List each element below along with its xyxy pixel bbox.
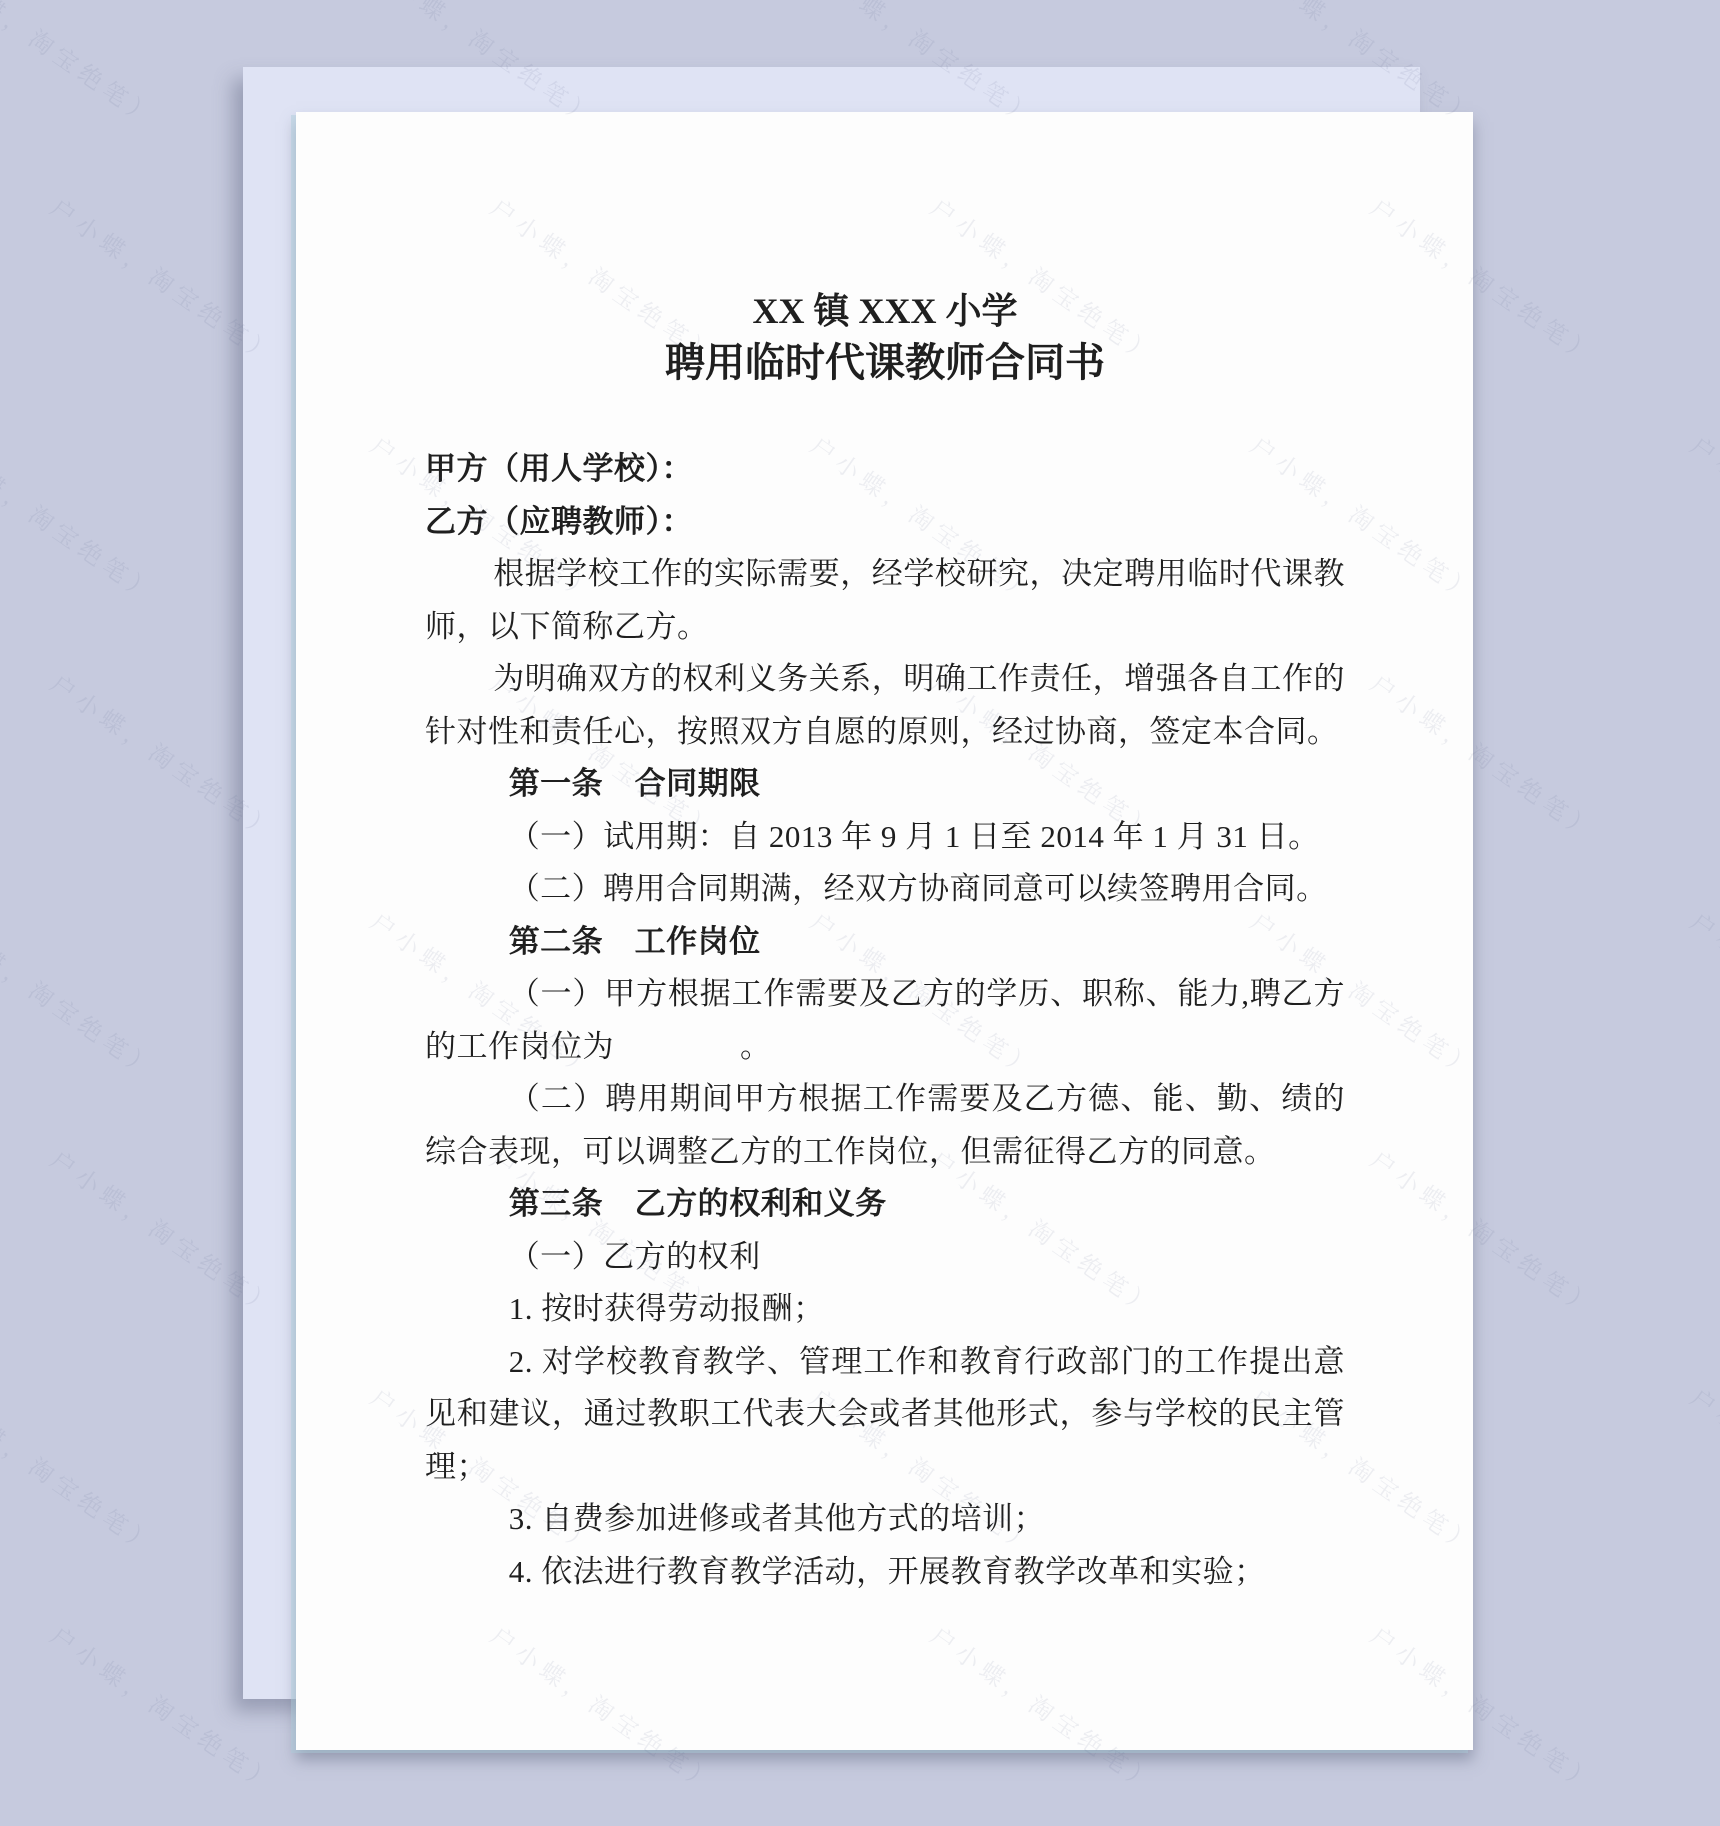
watermark-text: 户小蝶，淘宝绝笔） (1684, 1379, 1720, 1563)
paragraph: （一）乙方的权利 (425, 1231, 1345, 1284)
contract-page: XX 镇 XXX 小学 聘用临时代课教师合同书 甲方（用人学校）：乙方（应聘教师… (296, 112, 1473, 1750)
document-title-school: XX 镇 XXX 小学 (425, 287, 1345, 335)
paragraph: 3. 自费参加进修或者其他方式的培训； (425, 1493, 1345, 1546)
paragraph: （一）甲方根据工作需要及乙方的学历、职称、能力,聘乙方的工作岗位为 。 (425, 968, 1345, 1073)
document-title-contract: 聘用临时代课教师合同书 (425, 335, 1345, 391)
paragraph: （二）聘用合同期满，经双方协商同意可以续签聘用合同。 (425, 863, 1345, 916)
watermark-text: 户小蝶，淘宝绝笔） (0, 0, 166, 134)
watermark-text: 户小蝶，淘宝绝笔） (0, 427, 166, 611)
watermark-text: 户小蝶，淘宝绝笔） (0, 903, 166, 1087)
paragraph: 为明确双方的权利义务关系，明确工作责任，增强各自工作的针对性和责任心，按照双方自… (425, 653, 1345, 758)
document-paragraphs: 甲方（用人学校）：乙方（应聘教师）：根据学校工作的实际需要，经学校研究，决定聘用… (425, 443, 1345, 1598)
paragraph: 乙方（应聘教师）： (425, 496, 1345, 549)
paragraph: 根据学校工作的实际需要，经学校研究，决定聘用临时代课教师，以下简称乙方。 (425, 548, 1345, 653)
paragraph: 第三条 乙方的权利和义务 (425, 1178, 1345, 1231)
paragraph: 2. 对学校教育教学、管理工作和教育行政部门的工作提出意见和建议，通过教职工代表… (425, 1336, 1345, 1494)
watermark-text: 户小蝶，淘宝绝笔） (1684, 0, 1720, 134)
watermark-text: 户小蝶，淘宝绝笔） (1684, 903, 1720, 1087)
desk-background: XX 镇 XXX 小学 聘用临时代课教师合同书 甲方（用人学校）：乙方（应聘教师… (0, 0, 1720, 1826)
paragraph: （二）聘用期间甲方根据工作需要及乙方德、能、勤、绩的综合表现，可以调整乙方的工作… (425, 1073, 1345, 1178)
paragraph: 第二条 工作岗位 (425, 916, 1345, 969)
paragraph: 1. 按时获得劳动报酬； (425, 1283, 1345, 1336)
paragraph: 第一条 合同期限 (425, 758, 1345, 811)
paragraph: 甲方（用人学校）： (425, 443, 1345, 496)
paragraph: （一）试用期：自 2013 年 9 月 1 日至 2014 年 1 月 31 日… (425, 811, 1345, 864)
page-content: XX 镇 XXX 小学 聘用临时代课教师合同书 甲方（用人学校）：乙方（应聘教师… (425, 287, 1345, 1598)
watermark-text: 户小蝶，淘宝绝笔） (0, 1379, 166, 1563)
paragraph: 4. 依法进行教育教学活动，开展教育教学改革和实验； (425, 1546, 1345, 1599)
watermark-text: 户小蝶，淘宝绝笔） (1684, 427, 1720, 611)
